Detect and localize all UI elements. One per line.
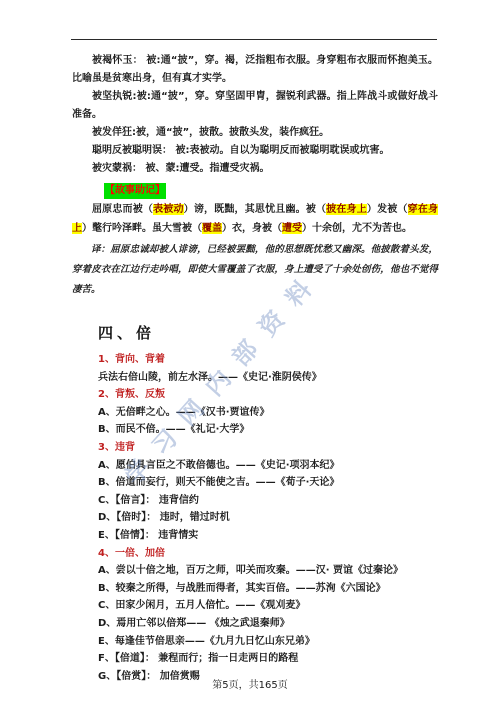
example-line: B、较秦之所得，与战胜而得者，其实百倍。——苏洵《六国论》 <box>98 580 438 598</box>
example-line: D、【倍时】： 违时，错过时机 <box>98 509 438 527</box>
document-page: 学习网内部资料 被褐怀玉： 被:通“披”，穿。褐，泛指粗布衣服。身穿粗布衣服而怀… <box>0 0 500 707</box>
definition-line: 被褐怀玉： 被:通“披”，穿。褐，泛指粗布衣服。身穿粗布衣服而怀抱美玉。比喻虽是… <box>72 52 438 88</box>
sense-heading: 4、一倍、加倍 <box>98 545 438 563</box>
example-line: 兵法右倍山陵，前左水泽。——《史记·淮阴侯传》 <box>98 369 438 387</box>
story-segment: ）十余创，尤不为苦也。 <box>302 223 412 234</box>
section-title: 四、倍 <box>98 322 438 343</box>
sense-heading: 2、背叛、反叛 <box>98 386 438 404</box>
story-segment: ）衣，身被（ <box>222 223 282 234</box>
definition-line: 被发佯狂:被，通“披”，披散。披散头发，装作疯狂。 <box>72 124 438 142</box>
word-sense-list: 1、背向、背着 兵法右倍山陵，前左水泽。——《史记·淮阴侯传》 2、背叛、反叛 … <box>98 351 438 685</box>
example-line: D、焉用亡邻以倍郑—— 《烛之武退秦师》 <box>98 615 438 633</box>
story-highlight: 表被动 <box>153 204 184 215</box>
story-highlight: 披在身上 <box>326 204 367 215</box>
example-line: A、尝以十倍之地，百万之师，叩关而攻秦。——汉· 贾谊《过秦论》 <box>98 562 438 580</box>
example-line: B、倍道而妄行，则天不能使之吉。——《荀子·天论》 <box>98 474 438 492</box>
page-content: 被褐怀玉： 被:通“披”，穿。褐，泛指粗布衣服。身穿粗布衣服而怀抱美玉。比喻虽是… <box>72 52 438 685</box>
example-line: E、每逢佳节倍思亲——《九月九日忆山东兄弟》 <box>98 633 438 651</box>
story-segment: ）发被（ <box>367 204 408 215</box>
example-line: C、田家少闲月，五月人倍忙。——《观刈麦》 <box>98 597 438 615</box>
story-paragraph: 屈原忠而被（表被动）谤，既黜，其思忧且幽。被（披在身上）发被（穿在身上）氅行吟泽… <box>72 200 438 238</box>
example-line: F、【倍道】： 兼程而行；指一日走两日的路程 <box>98 650 438 668</box>
page-number-footer: 第5页，共165页 <box>0 676 500 691</box>
story-segment: ）氅行吟泽畔。虽大雪被（ <box>82 223 202 234</box>
definition-line: 被灾蒙祸： 被、蒙:遭受。指遭受灾祸。 <box>72 160 438 178</box>
example-line: E、【倍情】： 违背情实 <box>98 527 438 545</box>
example-line: B、而民不倍。——《礼记·大学》 <box>98 421 438 439</box>
story-highlight: 遭受 <box>282 223 302 234</box>
sense-heading: 3、违背 <box>98 439 438 457</box>
story-mnemonic-label: 【故事助记】 <box>104 183 166 199</box>
definitions-block: 被褐怀玉： 被:通“披”，穿。褐，泛指粗布衣服。身穿粗布衣服而怀抱美玉。比喻虽是… <box>72 52 438 178</box>
story-label-row: 【故事助记】 <box>104 180 438 199</box>
top-divider-rule <box>71 39 437 40</box>
story-segment: ）谤，既黜，其思忧且幽。被（ <box>184 204 327 215</box>
definition-line: 聪明反被聪明误： 被:表被动。自以为聪明反而被聪明耽误或坑害。 <box>72 142 438 160</box>
definition-line: 被坚执锐:被:通“披”，穿。穿坚固甲胄，握锐利武器。指上阵战斗或做好战斗准备。 <box>72 88 438 124</box>
example-line: C、【倍言】： 违背信约 <box>98 492 438 510</box>
sense-heading: 1、背向、背着 <box>98 351 438 369</box>
example-line: A、愿伯具言臣之不敢倍德也。——《史记·项羽本纪》 <box>98 457 438 475</box>
story-segment: 屈原忠而被（ <box>92 204 153 215</box>
story-highlight: 覆盖 <box>202 223 222 234</box>
example-line: A、无倍畔之心。——《汉书·贾谊传》 <box>98 404 438 422</box>
story-translation: 译：屈原忠诚却被人诽谤，已经被罢黜，他的思想既忧愁又幽深。他披散着头发，穿着皮衣… <box>72 240 438 300</box>
